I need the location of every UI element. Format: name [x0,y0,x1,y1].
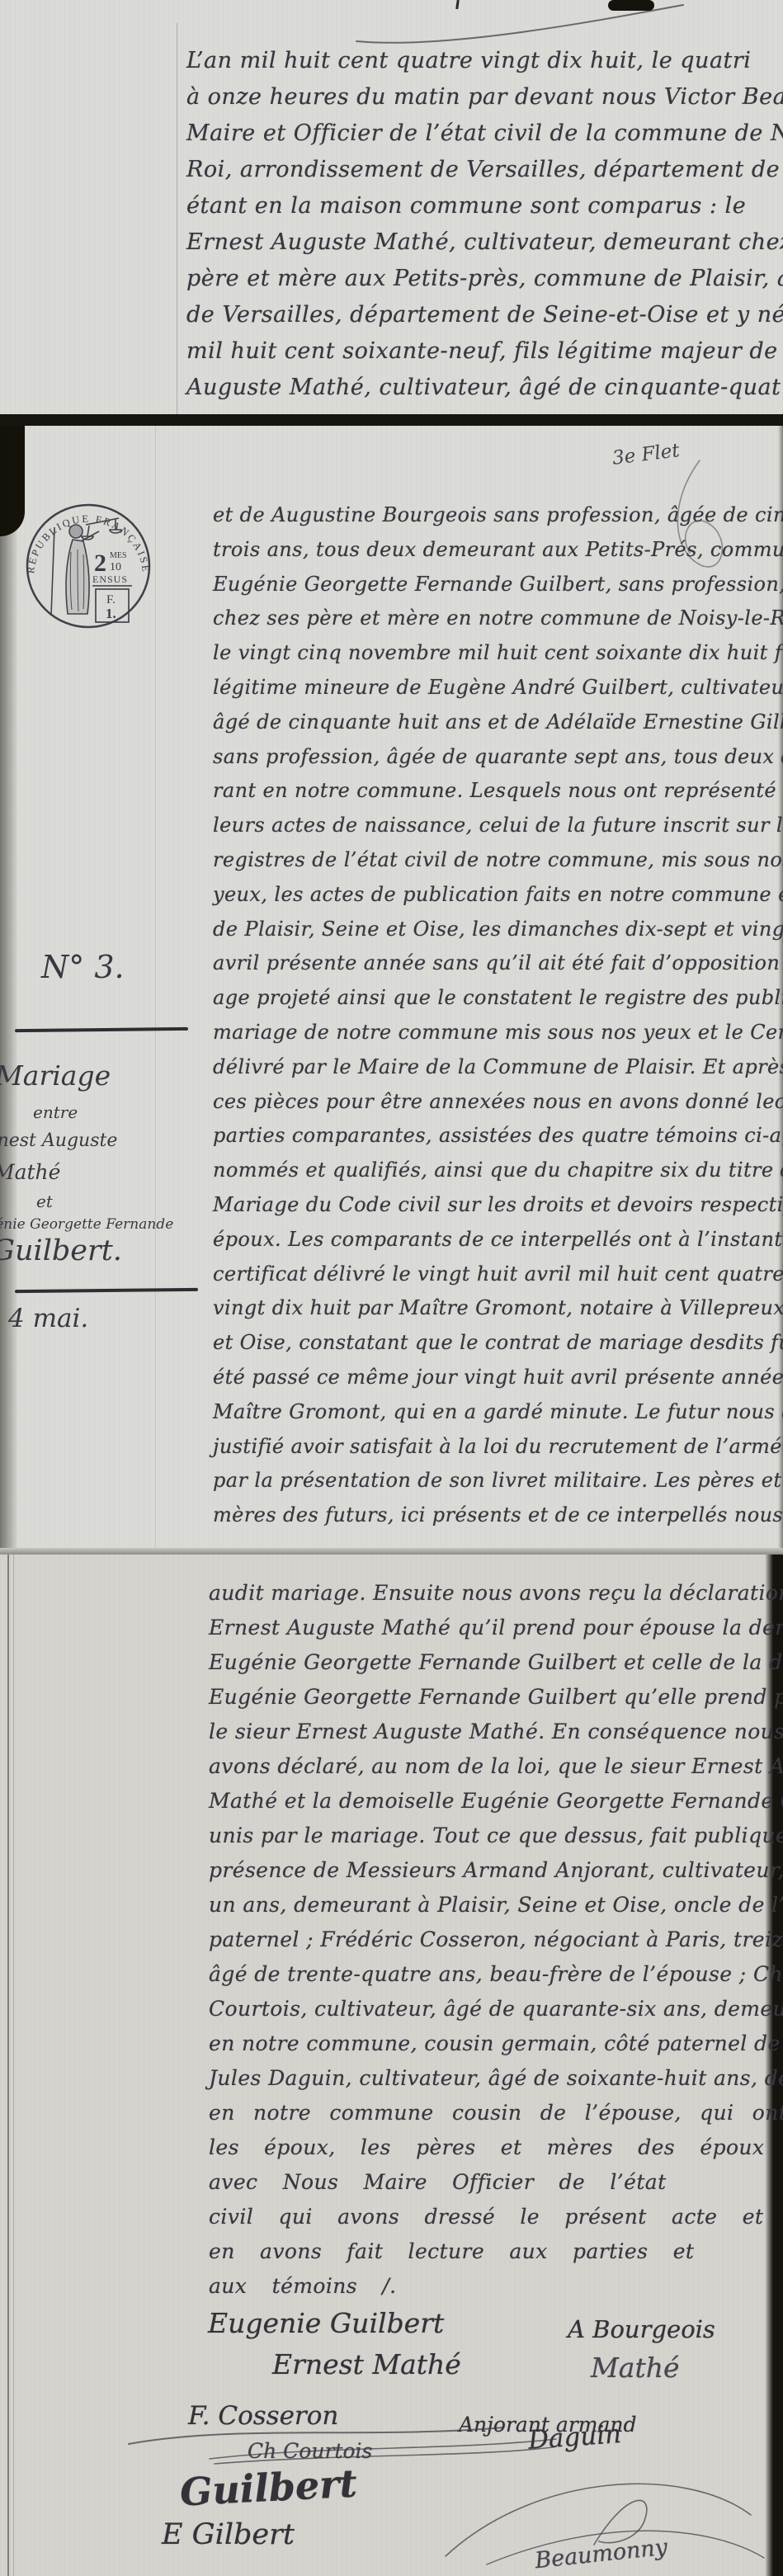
handwritten-line: en notre commune, cousin germain, côté p… [209,2026,783,2061]
handwritten-line: étant en la maison commune sont comparus… [186,188,783,224]
signature-guilbert-father: Guilbert [179,2460,358,2514]
handwritten-line: chez ses père et mère en notre commune d… [213,602,783,636]
handwritten-line: ces pièces pour être annexées nous en av… [213,1085,783,1120]
margin-rule-line [177,23,177,414]
handwritten-line: unis par le mariage. Tout ce que dessus,… [209,1819,783,1853]
handwritten-line: parties comparantes, assistées des quatr… [213,1119,783,1154]
handwritten-line: Ernest Auguste Mathé qu’il prend pour ép… [209,1611,783,1645]
act-date: 4 mai. [8,1304,88,1333]
handwritten-line: en notre commune cousin de l’épouse, qui… [209,2096,783,2130]
handwritten-line: le vingt cinq novembre mil huit cent soi… [213,636,783,671]
handwritten-line: Roi, arrondissement de Versailles, dépar… [186,152,783,188]
handwritten-line: Mariage du Code civil sur les droits et … [213,1188,783,1223]
handwritten-line: Ernest Auguste Mathé, cultivateur, demeu… [186,224,783,261]
stamp-surcharge: ENSUS [92,573,128,585]
handwritten-line: mil huit cent soixante-neuf, fils légiti… [186,333,783,370]
page-2: 3e Flet RÉPUBLIQUE FRANÇAISE [0,426,783,1550]
handwritten-line: et de Augustine Bourgeois sans professio… [213,498,783,533]
handwritten-line: rant en notre commune. Lesquels nous ont… [213,774,783,809]
handwritten-line: aux témoins /. [209,2269,783,2304]
handwritten-line: été passé ce même jour vingt huit avril … [213,1361,783,1395]
handwritten-line: en avons fait lecture aux parties et [209,2234,783,2269]
signature-bride: Eugenie Guilbert [208,2307,444,2339]
handwritten-line: Jules Daguin, cultivateur, âgé de soixan… [209,2061,783,2096]
handwritten-line: Eugénie Georgette Fernande Guilbert et c… [209,1645,783,1680]
stamp-denomination: F. [106,593,116,606]
handwritten-line: justifié avoir satisfait à la loi du rec… [213,1430,783,1465]
handwritten-line: certificat délivré le vingt huit avril m… [213,1257,783,1292]
act-type-label: Mariage [0,1059,111,1092]
groom-name-line1: Ernest Auguste [0,1130,117,1151]
handwritten-line: audit mariage. Ensuite nous avons reçu l… [209,1576,783,1611]
signature-gilbert-mother: E Gilbert [162,2518,295,2551]
handwritten-line: Eugénie Georgette Fernande Guilbert qu’e… [209,1680,783,1715]
handwritten-line: civil qui avons dressé le présent acte e… [209,2200,783,2234]
ink-blot [608,0,654,11]
handwritten-line: age projeté ainsi que le constatent le r… [213,981,783,1016]
groom-name-line2: Mathé [0,1160,60,1184]
handwritten-line: Courtois, cultivateur, âgé de quarante-s… [209,1992,783,2026]
signature-bourgeois: A Bourgeois [568,2315,715,2343]
scanned-marriage-register: L’an mil huit cent quatre vingt dix huit… [0,0,783,2576]
handwritten-line: le sieur Ernest Auguste Mathé. En conséq… [209,1715,783,1749]
page-gap [0,1548,783,1555]
handwritten-line: avril présente année sans qu’il ait été … [213,946,783,981]
handwritten-line: mariage de notre commune mis sous nos ye… [213,1016,783,1050]
handwritten-line: légitime mineure de Eugène André Guilber… [213,671,783,705]
fold-line [155,426,156,1550]
mayor-paraph-flourish [437,2465,776,2576]
handwritten-line: âgé de trente-quatre ans, beau-frère de … [209,1957,783,1992]
handwritten-line: nommés et qualifiés, ainsi que du chapit… [213,1154,783,1188]
margin-divider [15,1027,188,1032]
handwritten-line: Maître Gromont, qui en a gardé minute. L… [213,1395,783,1430]
handwritten-line: Maire et Officier de l’état civil de la … [186,116,783,152]
handwritten-line: yeux, les actes de publication faits en … [213,878,783,913]
binding-edge-shadow [0,426,21,1550]
handwritten-line: de Plaisir, Seine et Oise, les dimanches… [213,913,783,947]
handwritten-line: délivré par le Maire de la Commune de Pl… [213,1050,783,1085]
stamp-value-sup: MES [110,551,127,560]
bride-name-line2: Guilbert. [0,1234,122,1267]
signature-mathe-father: Mathé [591,2352,680,2384]
handwritten-line: Mathé et la demoiselle Eugénie Georgette… [209,1784,783,1819]
handwritten-line: avons déclaré, au nom de la loi, que le … [209,1749,783,1784]
bride-name-line1: Eugénie Georgette Fernande [0,1216,173,1233]
page-1-fragment: L’an mil huit cent quatre vingt dix huit… [0,0,783,414]
handwritten-line: et Oise, constatant que le contrat de ma… [213,1326,783,1361]
and-label: et [36,1191,53,1211]
act-number: N° 3. [41,949,125,985]
stamp-denomination-value: 1. [106,606,116,621]
signature-strike-flourish [206,2434,561,2469]
handwritten-text-block: audit mariage. Ensuite nous avons reçu l… [209,1576,783,2304]
handwritten-line: avec Nous Maire Officier de l’état [209,2165,783,2200]
handwritten-line: Auguste Mathé, cultivateur, âgé de cinqu… [186,370,783,406]
handwritten-line: Eugénie Georgette Fernande Guilbert, san… [213,568,783,602]
handwritten-line: vingt dix huit par Maître Gromont, notai… [213,1291,783,1326]
handwritten-line: paternel ; Frédéric Cosseron, négociant … [209,1923,783,1957]
stamp-value-block: 2 MES 10 ENSUS F. 1. [92,550,132,622]
margin-divider [15,1288,198,1293]
handwritten-line: leurs actes de naissance, celui de la fu… [213,809,783,843]
handwritten-line: présence de Messieurs Armand Anjorant, c… [209,1853,783,1888]
handwritten-line: de Versailles, département de Seine-et-O… [186,297,783,333]
handwritten-line: L’an mil huit cent quatre vingt dix huit… [186,43,783,79]
between-label: entre [33,1102,78,1122]
handwritten-line: par la présentation de son livret milita… [213,1464,783,1498]
handwritten-line: un ans, demeurant à Plaisir, Seine et Oi… [209,1888,783,1923]
handwritten-line: âgé de cinquante huit ans et de Adélaïde… [213,705,783,740]
handwritten-line: trois ans, tous deux demeurant aux Petit… [213,533,783,568]
signature-groom: Ernest Mathé [272,2348,461,2380]
handwritten-text-block: L’an mil huit cent quatre vingt dix huit… [186,43,783,406]
handwritten-line: époux. Les comparants de ce interpellés … [213,1223,783,1257]
handwritten-line: sans profession, âgée de quarante sept a… [213,740,783,775]
page-3: audit mariage. Ensuite nous avons reçu l… [0,1555,783,2576]
handwritten-line: les époux, les pères et mères des époux … [209,2130,783,2165]
stamp-value-sub: 10 [110,561,121,573]
handwritten-line: mères des futurs, ici présents et de ce … [213,1498,783,1533]
handwritten-line: père et mère aux Petits-près, commune de… [186,261,783,297]
binding-edge-line [7,1555,14,2576]
handwritten-line: à onze heures du matin par devant nous V… [186,79,783,116]
handwritten-line: registres de l’état civil de notre commu… [213,843,783,878]
handwritten-text-block: et de Augustine Bourgeois sans professio… [213,498,783,1533]
revenue-stamp: RÉPUBLIQUE FRANÇAISE 2 MES 10 ENSUS [23,490,153,643]
